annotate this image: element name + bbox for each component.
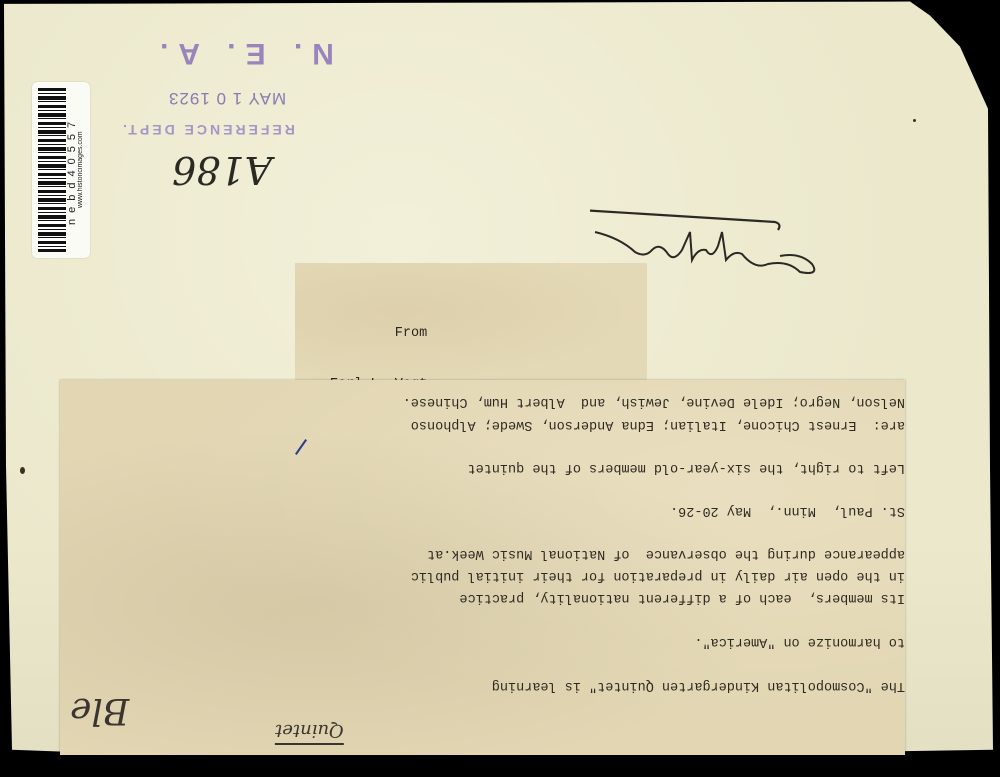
caption-line-1: The "Cosmopolitan Kindergarten Quintet" … [492, 678, 905, 693]
handwritten-reference-number: A186 [172, 148, 272, 192]
caption-line-2: to harmonize on "America". [694, 634, 905, 649]
stamp-department: REFERENCE DEPT. [120, 122, 295, 138]
paper-speck [913, 119, 916, 122]
caption-line-3: Its members, each of a different nationa… [459, 590, 905, 605]
caption-sheet: The "Cosmopolitan Kindergarten Quintet" … [60, 380, 905, 755]
caption-text-upside-down: The "Cosmopolitan Kindergarten Quintet" … [60, 380, 905, 755]
from-line-1: From [330, 325, 524, 342]
paper-speck [20, 467, 25, 474]
barcode-icon [38, 88, 66, 252]
handwritten-initials: Ble [70, 690, 129, 731]
stamp-agency: N. E. A. [150, 36, 334, 70]
caption-line-6: St. Paul, Minn., May 20-26. [670, 503, 905, 518]
caption-line-5: appearance during the observance of Nati… [427, 546, 905, 561]
caption-line-7: Left to right, the six-year-old members … [468, 460, 905, 475]
barcode-digits: nebd40557 [66, 88, 76, 252]
barcode-url: www.historicimages.com [77, 88, 87, 252]
handwritten-margin-note: Quintet [275, 720, 344, 745]
caption-line-8: are: Ernest Chicone, Italian; Edna Ander… [411, 417, 905, 432]
barcode-label: nebd40557 www.historicimages.com [32, 82, 90, 258]
stamp-date: MAY 1 0 1923 [168, 88, 286, 108]
caption-line-9: Nelson, Negro; Idele Devine, Jewish, and… [403, 394, 905, 409]
from-address-label: From Earl L. Vogt, Newspaper Corresponde… [295, 263, 647, 385]
caption-line-4: in the open air daily in preparation for… [411, 568, 905, 583]
